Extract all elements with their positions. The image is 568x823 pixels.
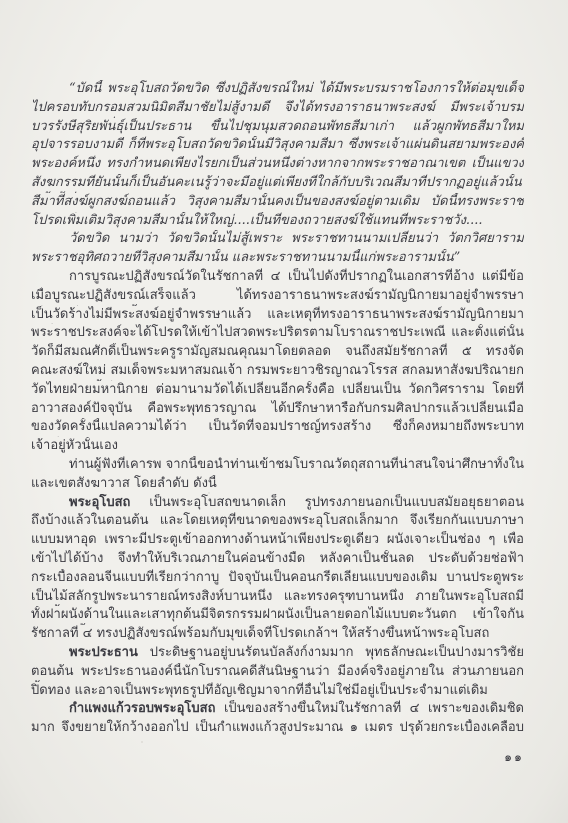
text-line: ปิดทอง และอาจเป็นพระพุทธรูปที่อัญเชิญมาจ… xyxy=(31,682,524,701)
paragraph-lead: พระประธาน xyxy=(69,645,138,660)
text-line: อาวาสองค์ปัจจุบัน คือพระพุทธวรญาณ ได้ปรึ… xyxy=(31,400,524,419)
text-line: ไปครอบทับกรอมสวมนิมิตสีมาชัยไม่สู้งามดี … xyxy=(31,99,524,118)
scan-speck xyxy=(208,492,210,494)
paragraph-lead: กำแพงแก้วรอบพระอุโบสถ xyxy=(69,701,215,716)
paragraph-lead: พระอุโบสถ xyxy=(69,495,130,510)
page-number: ๑๑ xyxy=(504,747,524,767)
text-line: อุปจารรอบงามดี ก็ที่พระอุโบสถวัดขวิดนั้น… xyxy=(31,136,524,155)
text-line: โปรดเพิ่มเติมวิสุงคามสีมานั้นให้ใหญ่....… xyxy=(31,212,524,231)
text-line: วัดขวิด นามว่า วัดขวิดนั้นไม่สู้เพราะ พร… xyxy=(31,230,524,249)
text-line: มาก จึงขยายให้กว้างออกไป เป็นกำแพงแก้วสู… xyxy=(31,719,524,738)
text-line: เจ้าอยู่หัวนั้นเอง xyxy=(31,437,524,456)
text-line: ถึงบ้างแล้วในตอนต้น และโดยเหตุที่ขนาดของ… xyxy=(31,512,524,531)
scan-speck xyxy=(300,346,303,348)
text-line: สีมาที่สงฆ์ผูกสงฆ์ถอนแล้ว วิสุงคามสีมานั… xyxy=(31,193,524,212)
text-line: “บัดนี้ พระอุโบสถวัดขวิด ซึ่งปฏิสังขรณ์ใ… xyxy=(31,80,524,99)
scan-speck xyxy=(141,741,143,743)
text-line: ของวัดครั้งนี้แปลความได้ว่า เป็นวัดที่จอ… xyxy=(31,418,524,437)
text-line: เข้าไปได้บ้าง จึงทำให้บริเวณภายในค่อนข้า… xyxy=(31,550,524,569)
text-line: ท่านผู้ฟังที่เคารพ จากนี้ขอนำท่านเข้าชมโ… xyxy=(31,456,524,475)
text-line: กำแพงแก้วรอบพระอุโบสถ เป็นของสร้างขึ้นให… xyxy=(31,700,524,719)
text-block: “บัดนี้ พระอุโบสถวัดขวิด ซึ่งปฏิสังขรณ์ใ… xyxy=(31,80,524,738)
text-line: วัดไทยฝ่ายมหานิกาย ต่อมานามวัดได้เปลี่ยน… xyxy=(31,381,524,400)
text-line: พระองค์หนึ่ง ทรงกำหนดเพียงไรยกเป็นส่วนหน… xyxy=(31,155,524,174)
text-line: พระอุโบสถ เป็นพระอุโบสถขนาดเล็ก รูปทรงภา… xyxy=(31,494,524,513)
text-line: ตอนต้น พระประธานองค์นี้นักโบราณคดีสันนิษ… xyxy=(31,663,524,682)
text-line: คณะสงฆ์ใหม่ สมเด็จพระมหาสมณเจ้า กรมพระยา… xyxy=(31,362,524,381)
text-line: และเขตสังฆาวาส โดยลำดับ ดังนี้ xyxy=(31,475,524,494)
text-line: พระราชประสงค์จะได้โปรดให้เข้าไปสวดพระปริ… xyxy=(31,324,524,343)
text-line: ทั้งฝาผนังด้านในและเสาทุกต้นมีจิตรกรรมฝา… xyxy=(31,606,524,625)
text-line: เป็นไม้สลักรูปพระนารายณ์ทรงสิงห์บานหนึ่ง… xyxy=(31,588,524,607)
text-line: กระเบื้องลอนจีนแบบที่เรียกว่ากาบู ปัจจุบ… xyxy=(31,569,524,588)
text-line: รัชกาลที่ ๔ ทรงปฏิสังขรณ์พร้อมกับมุขเด็จ… xyxy=(31,625,524,644)
text-line: สังฆกรรมที่ยันนั้นก็เป็นอันคะเนรู้ว่าจะม… xyxy=(31,174,524,193)
scanned-page: “บัดนี้ พระอุโบสถวัดขวิด ซึ่งปฏิสังขรณ์ใ… xyxy=(0,0,568,823)
text-line: พระประธาน ประดิษฐานอยู่บนรัตนบัลลังก์งาม… xyxy=(31,644,524,663)
text-line: เมื่อบูรณะปฏิสังขรณ์เสร็จแล้ว ได้ทรงอารา… xyxy=(31,287,524,306)
text-line: การบูรณะปฏิสังขรณ์วัดในรัชกาลที่ ๔ เป็นไ… xyxy=(31,268,524,287)
text-line: แบบมหาอุด เพราะมีประตูเข้าออกทางด้านหน้า… xyxy=(31,531,524,550)
text-line: วัดก็มีสมณศักดิ์เป็นพระครูรามัญสมณคุณมาโ… xyxy=(31,343,524,362)
text-line: เป็นวัดร้างไม่มีพระสงฆ์อยู่จำพรรษาแล้ว แ… xyxy=(31,306,524,325)
text-line: พระราชอุทิศถวายที่วิสุงคามสีมานั้น และพร… xyxy=(31,249,524,268)
text-line: บวรรังษีสุริยพันธุ์เป็นประธาน ขึ้นไปชุมน… xyxy=(31,118,524,137)
